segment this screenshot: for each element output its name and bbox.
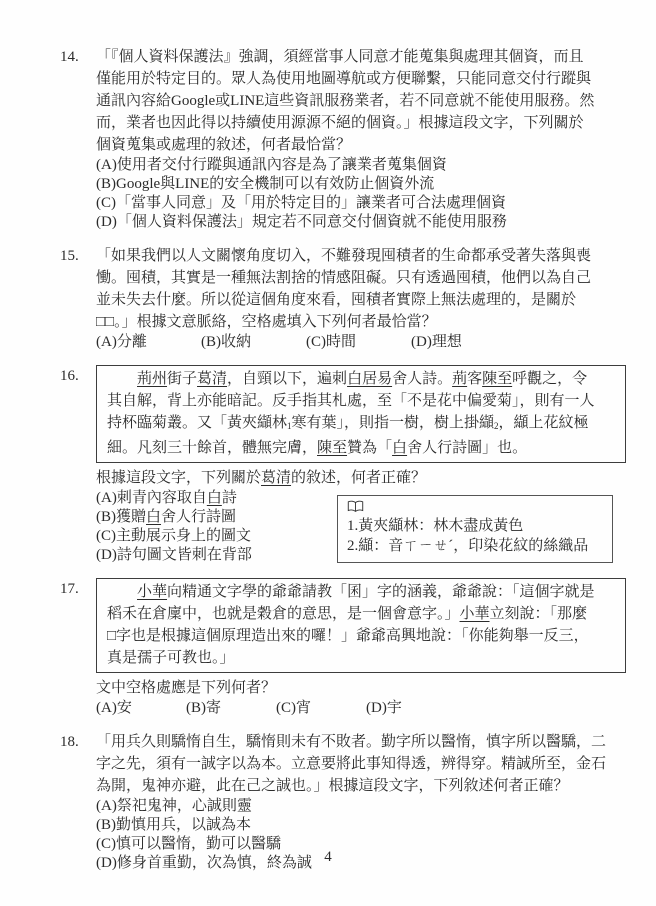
stem-line: 並未失去什麼。所以從這個角度來看，囤積者實際上無法處理的，是關於: [96, 289, 626, 311]
options-and-note: (A)刺青內容取自白詩 (B)獲贈白舍人行詩圖 (C)主動展示身上的圖文 (D)…: [96, 489, 626, 565]
stem-line: 「如果我們以人文關懷角度切入，不難發現囤積者的生命都承受著失落與喪: [96, 245, 626, 267]
passage-line: 真是孺子可教也。」: [107, 647, 615, 669]
passage-line: 持杯臨菊叢。又「黃夾纈林1寒有葉」，則指一樹，樹上掛纈2，纈上花紋極: [107, 412, 615, 437]
stem-line: □□。」根據文意脈絡，空格處填入下列何者最恰當？: [96, 311, 626, 333]
options-row: (A)安 (B)寄 (C)宵 (D)宇: [96, 699, 626, 718]
note-line: 2.纈：音ㄒㄧㄝˊ，印染花紋的絲織品: [347, 536, 603, 556]
exam-page: 14. 「『個人資料保護法』強調，須經當事人同意才能蒐集與處理其個資，而且 僅能…: [0, 0, 656, 906]
option-a: (A)使用者交付行蹤與通訊內容是為了讓業者蒐集個資: [96, 156, 626, 175]
option-b: (B)Google與LINE的安全機制可以有效防止個資外流: [96, 175, 626, 194]
question-number: 14.: [60, 46, 96, 232]
passage-box: 小華向精通文字學的爺爺請教「囷」字的涵義，爺爺說：「這個字就是 稻禾在倉廩中，也…: [96, 578, 626, 673]
stem-line: 字之先，須有一誠字以為本。立意要將此事知得透，辨得穿。精誠所至，金石: [96, 753, 626, 775]
question-number: 16.: [60, 365, 96, 565]
option-b: (B)勤慎用兵，以誠為本: [96, 816, 626, 835]
options-row: (A)分離 (B)收納 (C)時間 (D)理想: [96, 333, 626, 352]
option-d: (D)理想: [411, 333, 462, 352]
note-line: 1.黃夾纈林：林木盡成黃色: [347, 516, 603, 536]
stem-line: 文中空格處應是下列何者？: [96, 677, 626, 699]
stem-line: 慟。囤積，其實是一種無法割捨的情感阻礙。只有透過囤積，他們以為自己: [96, 267, 626, 289]
option-a: (A)祭祀鬼神，心誠則靈: [96, 797, 626, 816]
passage-line: 荊州街子葛清，自頸以下，遍刺白居易舍人詩。荊客陳至呼觀之，令: [107, 368, 615, 390]
passage-box: 荊州街子葛清，自頸以下，遍刺白居易舍人詩。荊客陳至呼觀之，令 其自解，背上亦能暗…: [96, 365, 626, 463]
stem-line: 個資蒐集或處理的敘述，何者最恰當？: [96, 134, 626, 156]
question-body: 「如果我們以人文關懷角度切入，不難發現囤積者的生命都承受著失落與喪 慟。囤積，其…: [96, 245, 626, 352]
page-number: 4: [0, 849, 656, 866]
question-body: 「『個人資料保護法』強調，須經當事人同意才能蒐集與處理其個資，而且 僅能用於特定…: [96, 46, 626, 232]
option-c: (C)時間: [306, 333, 411, 352]
question-number: 15.: [60, 245, 96, 352]
option-b: (B)收納: [201, 333, 306, 352]
option-a: (A)刺青內容取自白詩: [96, 489, 337, 508]
stem-line: 「『個人資料保護法』強調，須經當事人同意才能蒐集與處理其個資，而且: [96, 46, 626, 68]
option-b: (B)寄: [186, 699, 276, 718]
question-16: 16. 荊州街子葛清，自頸以下，遍刺白居易舍人詩。荊客陳至呼觀之，令 其自解，背…: [60, 365, 626, 565]
passage-line: 小華向精通文字學的爺爺請教「囷」字的涵義，爺爺說：「這個字就是: [107, 581, 615, 603]
option-c: (C)宵: [276, 699, 366, 718]
option-d: (D)「個人資料保護法」規定若不同意交付個資就不能使用服務: [96, 213, 626, 232]
passage-line: 稻禾在倉廩中，也就是穀倉的意思，是一個會意字。」小華立刻說：「那麼: [107, 603, 615, 625]
question-number: 17.: [60, 578, 96, 718]
option-c: (C)「當事人同意」及「用於特定目的」讓業者可合法處理個資: [96, 194, 626, 213]
option-d: (D)詩句圖文皆刺在背部: [96, 546, 337, 565]
passage-line: 其自解，背上亦能暗記。反手指其札處，至「不是花中偏愛菊」，則有一人: [107, 390, 615, 412]
question-17: 17. 小華向精通文字學的爺爺請教「囷」字的涵義，爺爺說：「這個字就是 稻禾在倉…: [60, 578, 626, 718]
stem-line: 而，業者也因此得以持續使用源源不絕的個資。」根據這段文字，下列關於: [96, 112, 626, 134]
stem-line: 為開，鬼神亦避，此在己之誠也。」根據這段文字，下列敘述何者正確？: [96, 775, 626, 797]
question-body: 荊州街子葛清，自頸以下，遍刺白居易舍人詩。荊客陳至呼觀之，令 其自解，背上亦能暗…: [96, 365, 626, 565]
question-body: 小華向精通文字學的爺爺請教「囷」字的涵義，爺爺說：「這個字就是 稻禾在倉廩中，也…: [96, 578, 626, 718]
option-c: (C)主動展示身上的圖文: [96, 527, 337, 546]
open-book-icon: [347, 500, 603, 516]
stem-line: 「用兵久則驕惰自生，驕惰則未有不敗者。勤字所以醫惰，慎字所以醫驕，二: [96, 731, 626, 753]
glossary-note-box: 1.黃夾纈林：林木盡成黃色 2.纈：音ㄒㄧㄝˊ，印染花紋的絲織品: [337, 495, 613, 563]
option-a: (A)安: [96, 699, 186, 718]
option-d: (D)宇: [366, 699, 402, 718]
options-column: (A)刺青內容取自白詩 (B)獲贈白舍人行詩圖 (C)主動展示身上的圖文 (D)…: [96, 489, 337, 565]
stem-line: 根據這段文字，下列關於葛清的敘述，何者正確？: [96, 467, 626, 489]
question-14: 14. 「『個人資料保護法』強調，須經當事人同意才能蒐集與處理其個資，而且 僅能…: [60, 46, 626, 232]
question-15: 15. 「如果我們以人文關懷角度切入，不難發現囤積者的生命都承受著失落與喪 慟。…: [60, 245, 626, 352]
passage-line: 細。凡刻三十餘首，體無完膚，陳至贊為「白舍人行詩圖」也。: [107, 437, 615, 459]
option-a: (A)分離: [96, 333, 201, 352]
passage-line: □字也是根據這個原理造出來的囉！」爺爺高興地說：「你能夠舉一反三，: [107, 625, 615, 647]
option-b: (B)獲贈白舍人行詩圖: [96, 508, 337, 527]
stem-line: 僅能用於特定目的。眾人為使用地圖導航或方便聯繫，只能同意交付行蹤與: [96, 68, 626, 90]
stem-line: 通訊內容給Google或LINE這些資訊服務業者，若不同意就不能使用服務。然: [96, 90, 626, 112]
